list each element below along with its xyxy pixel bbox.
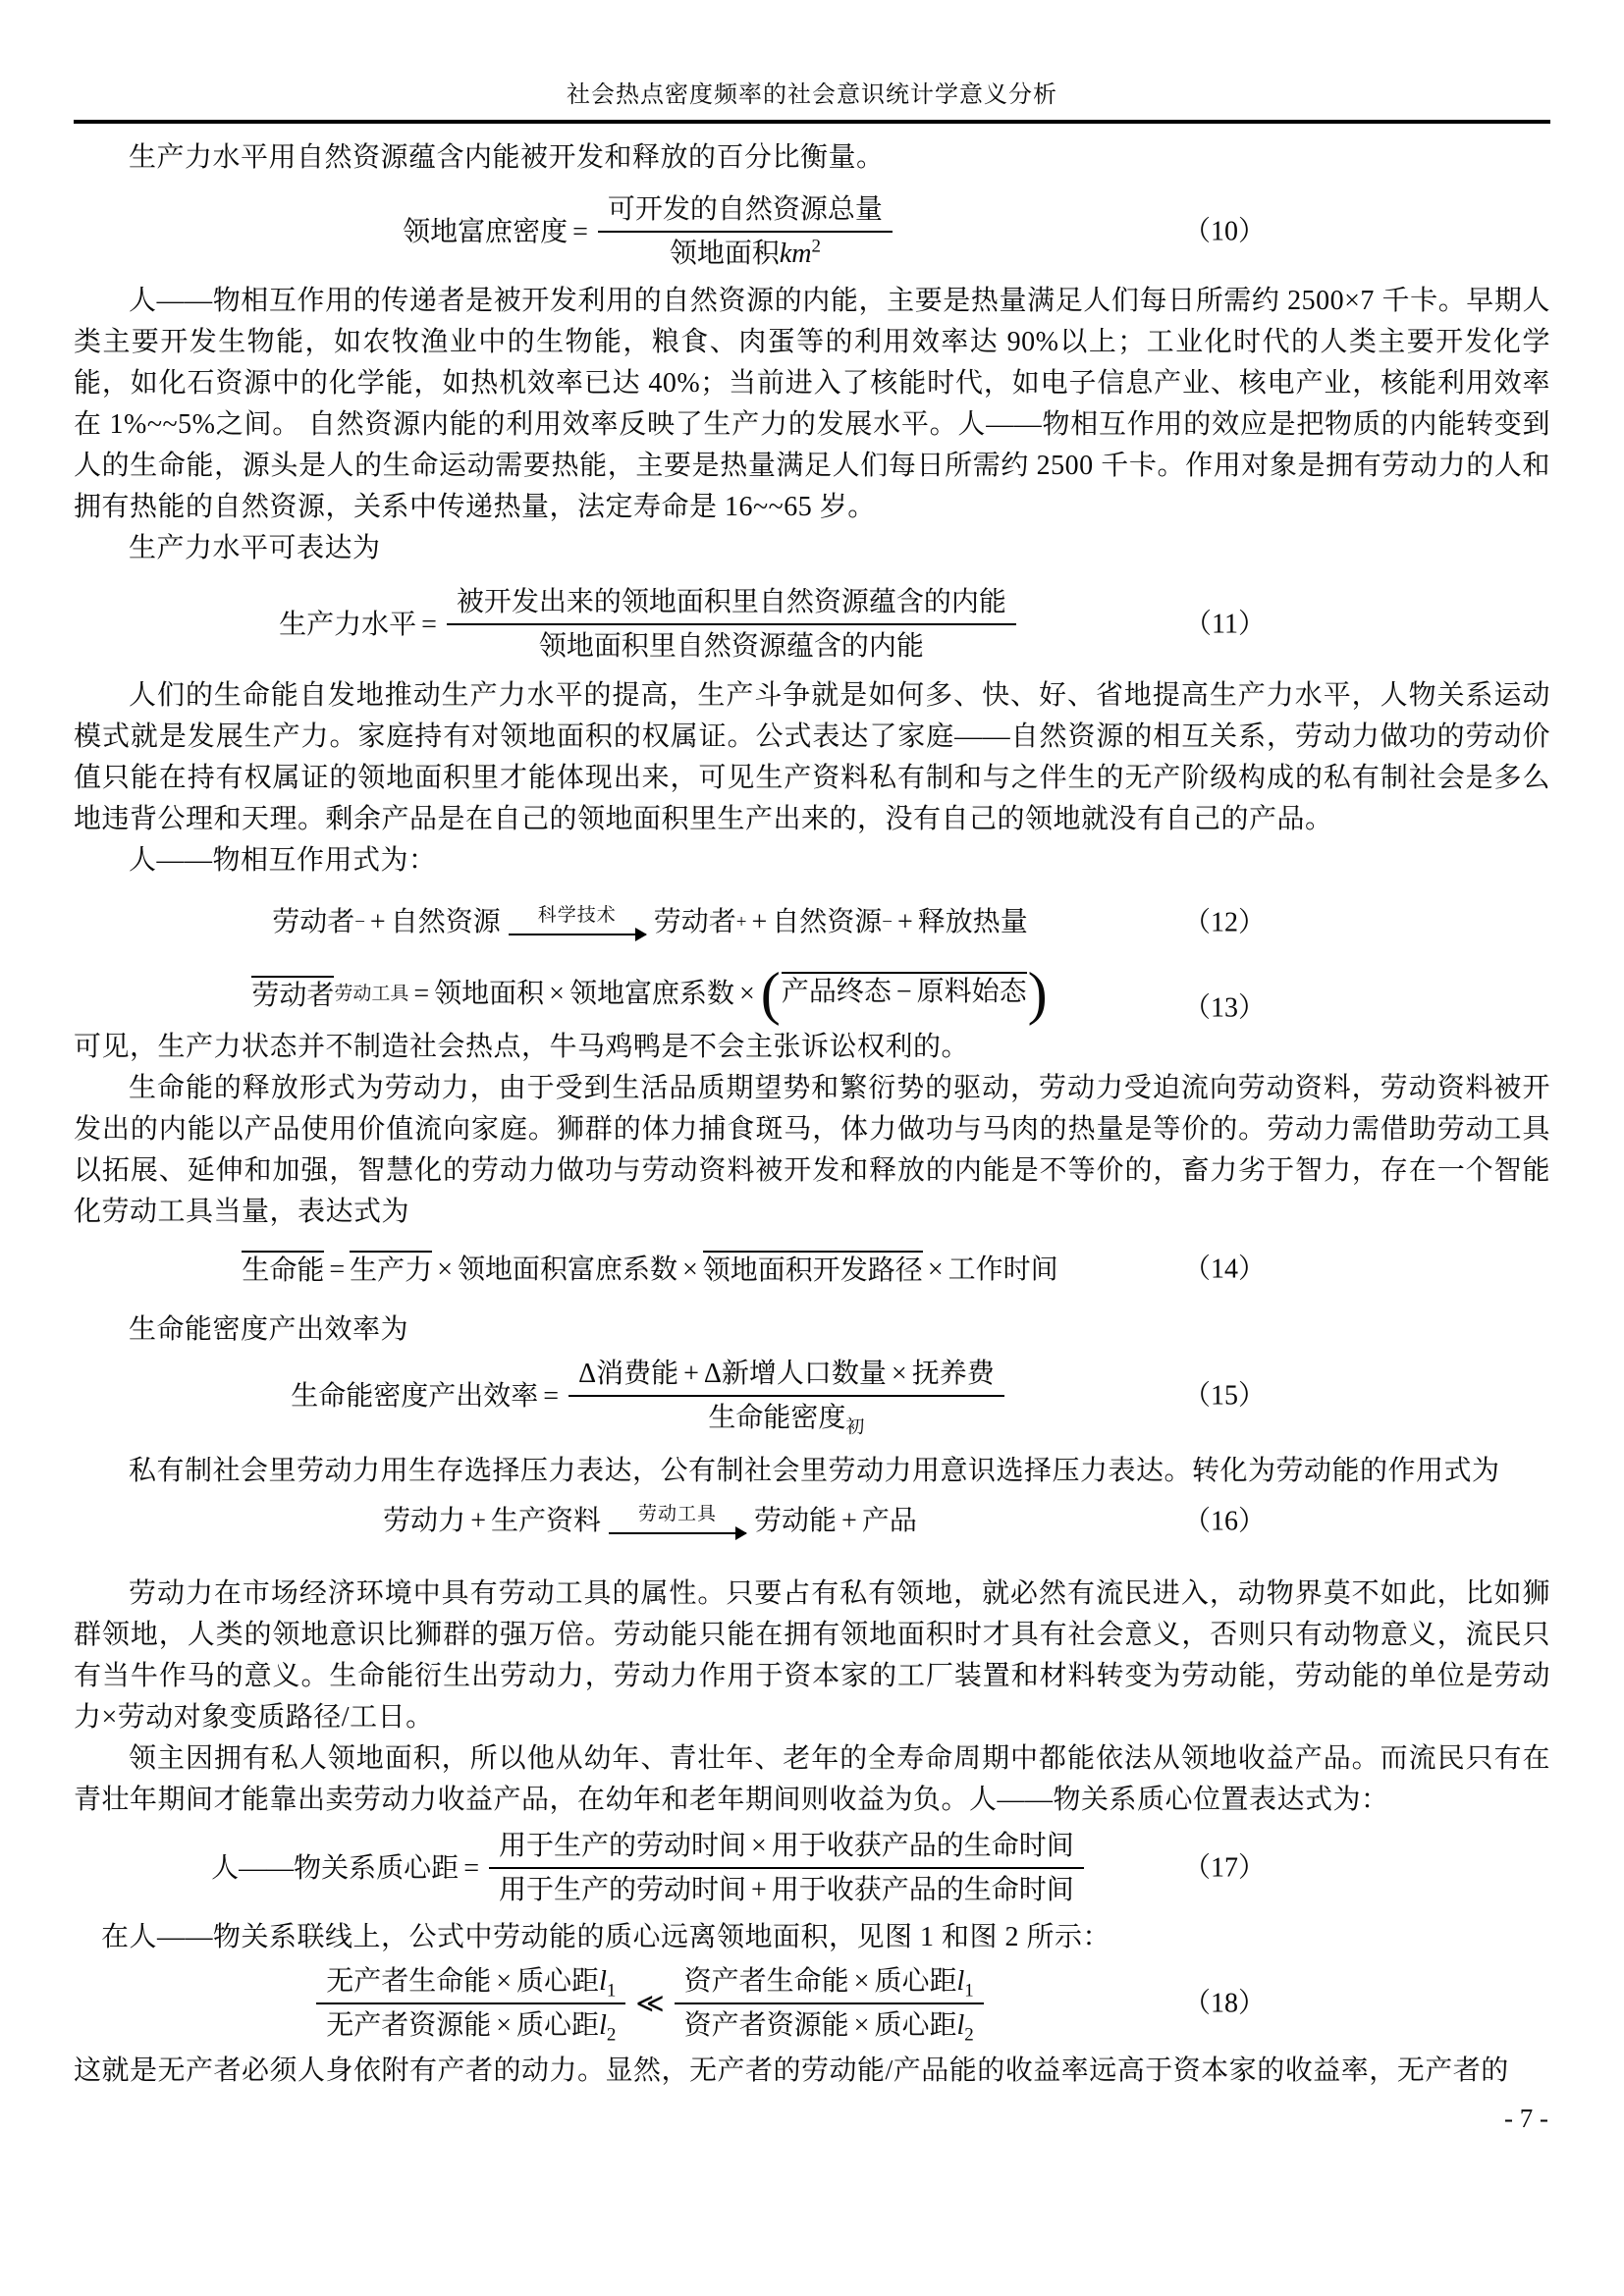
formula-text: 用于生产的劳动时间 — [499, 1875, 746, 1905]
para-interaction-lead: 人——物相互作用式为： — [74, 840, 1550, 881]
formula-operator: + — [678, 1359, 704, 1389]
formula-number: （10） — [1183, 215, 1266, 249]
formula-text: 用于收获产品的生命时间 — [772, 1831, 1074, 1861]
formula-text: 无产者生命能 — [326, 1966, 491, 1997]
open-paren: ( — [760, 961, 782, 1027]
formula-text: 原料始态 — [917, 977, 1027, 1007]
formula-number: （12） — [1183, 905, 1266, 939]
formula-text: 释放热量 — [918, 905, 1028, 939]
overline-term: 生命能 — [242, 1251, 324, 1288]
formula-operator: × — [491, 1966, 516, 1997]
formula-number: （18） — [1183, 1987, 1266, 2021]
para-interaction-carrier: 人——物相互作用的传递者是被开发利用的自然资源的内能，主要是热量满足人们每日所需… — [74, 281, 1550, 528]
formula-number: （16） — [1183, 1504, 1266, 1538]
formula-text: 生命能 — [242, 1255, 324, 1286]
fraction: 被开发出来的领地面积里自然资源蕴含的内能领地面积里自然资源蕴含的内能 — [447, 585, 1016, 664]
formula-text: 无产者资源能 — [326, 2010, 491, 2041]
fraction-denominator: 资产者资源能×质心距l2 — [675, 2004, 984, 2043]
formula-16: 劳动力+生产资料劳动工具劳动能+产品（16） — [74, 1504, 1550, 1538]
fraction: Δ消费能+Δ新增人口数量×抚养费生命能密度初 — [568, 1357, 1004, 1435]
formula-operator: × — [544, 977, 569, 1011]
overline-term: 生产力 — [350, 1251, 432, 1288]
formula-text: 自然资源 — [391, 905, 501, 939]
formula-text: Δ消费能 — [578, 1359, 678, 1389]
para-lead-efficiency: 生命能密度产出效率为 — [74, 1309, 1550, 1351]
formula-variable: l — [599, 1966, 607, 1997]
header-rule — [74, 120, 1550, 124]
formula-text: 质心距 — [516, 2010, 599, 2041]
formula-14: 生命能=生产力×领地面积富庶系数×领地面积开发路径×工作时间（14） — [74, 1251, 1550, 1288]
formula-text: 领地面积 — [434, 977, 544, 1011]
para-dependence: 这就是无产者必须人身依附有产者的动力。显然，无产者的劳动能/产品能的收益率远高于… — [74, 2051, 1550, 2092]
formula-superscript: 2 — [811, 237, 821, 257]
formula-13: 劳动者劳动工具=领地面积×领地富庶系数×(产品终态−原料始态)（13） — [74, 969, 1550, 1019]
para-measure: 生产力水平用自然资源蕴含内能被开发和释放的百分比衡量。 — [74, 137, 1550, 179]
formula-text: 生命能密度 — [708, 1403, 845, 1433]
formula-subscript: 1 — [964, 1981, 974, 2002]
fraction-denominator: 无产者资源能×质心距l2 — [316, 2004, 625, 2043]
arrow-line — [509, 934, 646, 935]
formula-text: 领地面积 — [670, 239, 780, 269]
para-private-public: 私有制社会里劳动力用生存选择压力表达，公有制社会里劳动力用意识选择压力表达。转化… — [74, 1451, 1550, 1492]
para-labor-release: 生命能的释放形式为劳动力，由于受到生活品质期望势和繁衍势的驱动，劳动力受迫流向劳… — [74, 1068, 1550, 1233]
fraction: 资产者生命能×质心距l1资产者资源能×质心距l2 — [675, 1964, 984, 2043]
arrow-line — [609, 1532, 746, 1534]
formula-operator: + — [746, 905, 772, 939]
formula-text: 用于收获产品的生命时间 — [772, 1875, 1074, 1905]
formula-variable: km — [780, 239, 812, 269]
formula-operator: = — [324, 1253, 350, 1287]
overline-term: 领地面积开发路径 — [703, 1251, 923, 1288]
formula-text: 领地面积富庶系数 — [458, 1253, 677, 1287]
formula-text: 生产力 — [350, 1255, 432, 1286]
fraction-numerator: 用于生产的劳动时间×用于收获产品的生命时间 — [489, 1829, 1084, 1869]
formula-text: 产品终态 — [782, 977, 892, 1007]
document-page: 社会热点密度频率的社会意识统计学意义分析 生产力水平用自然资源蕴含内能被开发和释… — [0, 0, 1624, 2296]
fraction-numerator: 可开发的自然资源总量 — [598, 192, 893, 233]
fraction-denominator: 用于生产的劳动时间+用于收获产品的生命时间 — [489, 1869, 1084, 1907]
formula-body: 劳动力+生产资料劳动工具劳动能+产品 — [383, 1504, 917, 1538]
fraction-denominator: 领地面积里自然资源蕴含的内能 — [447, 625, 1016, 664]
formula-body: 人——物关系质心距=用于生产的劳动时间×用于收获产品的生命时间用于生产的劳动时间… — [211, 1829, 1089, 1907]
formula-text: 领地面积开发路径 — [703, 1255, 923, 1286]
formula-11: 生产力水平=被开发出来的领地面积里自然资源蕴含的内能领地面积里自然资源蕴含的内能… — [74, 585, 1550, 664]
formula-operator: × — [849, 1966, 875, 1997]
formula-text: 质心距 — [516, 1966, 599, 1997]
formula-subscript: 2 — [607, 2025, 617, 2046]
document-body: 生产力水平用自然资源蕴含内能被开发和释放的百分比衡量。领地富庶密度=可开发的自然… — [74, 137, 1550, 2092]
fraction-numerator: 资产者生命能×质心距l1 — [675, 1964, 984, 2004]
formula-text: 质心距 — [874, 1966, 956, 1997]
parenthesized-term: (产品终态−原料始态) — [760, 969, 1049, 1019]
formula-operator: × — [677, 1253, 703, 1287]
formula-operator: ≪ — [630, 1987, 669, 2021]
formula-operator: + — [746, 1875, 772, 1905]
formula-text: 领地面积里自然资源蕴含的内能 — [539, 631, 924, 662]
formula-number: （15） — [1183, 1379, 1266, 1414]
formula-text: 劳动者 — [251, 981, 334, 1011]
fraction-numerator: 无产者生命能×质心距l1 — [316, 1964, 625, 2004]
para-labor-market: 劳动力在市场经济环境中具有劳动工具的属性。只要占有私有领地，就必然有流民进入，动… — [74, 1574, 1550, 1738]
formula-operator: = — [459, 1851, 484, 1886]
formula-operator: × — [432, 1253, 458, 1287]
formula-operator: = — [408, 977, 434, 1011]
formula-text: 自然资源 — [772, 905, 882, 939]
formula-operator: × — [923, 1253, 948, 1287]
formula-18: 无产者生命能×质心距l1无产者资源能×质心距l2≪资产者生命能×质心距l1资产者… — [74, 1964, 1550, 2043]
formula-operator: = — [416, 608, 442, 642]
formula-text: 资产者资源能 — [684, 2010, 849, 2041]
formula-text: 劳动能 — [754, 1504, 837, 1538]
formula-body: 生命能密度产出效率=Δ消费能+Δ新增人口数量×抚养费生命能密度初 — [291, 1357, 1008, 1435]
para-conclusion-hotspot: 可见，生产力状态并不制造社会热点，牛马鸡鸭是不会主张诉讼权利的。 — [74, 1027, 1550, 1068]
para-lord-territory: 领主因拥有私人领地面积，所以他从幼年、青壮年、老年的全寿命周期中都能依法从领地收… — [74, 1738, 1550, 1821]
fraction-denominator: 领地面积km2 — [598, 233, 893, 271]
formula-text: 人——物关系质心距 — [211, 1851, 459, 1886]
formula-text: 领地富庶密度 — [403, 215, 568, 249]
formula-operator: − — [892, 977, 917, 1007]
formula-text: 质心距 — [874, 2010, 956, 2041]
formula-text: 可开发的自然资源总量 — [608, 194, 883, 225]
page-title: 社会热点密度频率的社会意识统计学意义分析 — [74, 80, 1550, 110]
formula-subscript: 2 — [964, 2025, 974, 2046]
formula-operator: × — [746, 1831, 772, 1861]
reaction-arrow: 科学技术 — [509, 905, 646, 939]
formula-operator: × — [734, 977, 760, 1011]
formula-variable: l — [599, 2010, 607, 2041]
close-paren: ) — [1027, 961, 1049, 1027]
fraction-denominator: 生命能密度初 — [568, 1397, 1004, 1435]
formula-text: 生产资料 — [491, 1504, 601, 1538]
formula-operator: + — [837, 1504, 862, 1538]
para-life-energy-drive: 人们的生命能自发地推动生产力水平的提高，生产斗争就是如何多、快、好、省地提高生产… — [74, 675, 1550, 840]
formula-text: 劳动者 — [272, 905, 354, 939]
formula-number: （13） — [1183, 990, 1266, 1025]
page-number: - 7 - — [74, 2104, 1550, 2134]
overline-term: 劳动者 — [251, 976, 334, 1013]
formula-operator: + — [893, 905, 918, 939]
formula-text: 劳动者 — [654, 905, 736, 939]
fraction: 用于生产的劳动时间×用于收获产品的生命时间用于生产的劳动时间+用于收获产品的生命… — [489, 1829, 1084, 1907]
formula-operator: × — [491, 2010, 516, 2041]
formula-text: 生产力水平 — [279, 608, 416, 642]
para-centroid-line: 在人——物关系联线上，公式中劳动能的质心远离领地面积，见图 1 和图 2 所示： — [74, 1917, 1550, 1958]
formula-text: 被开发出来的领地面积里自然资源蕴含的内能 — [457, 587, 1006, 617]
formula-subscript: 初 — [845, 1417, 864, 1438]
formula-text: 领地富庶系数 — [569, 977, 734, 1011]
arrow-label: 科学技术 — [538, 905, 617, 928]
formula-15: 生命能密度产出效率=Δ消费能+Δ新增人口数量×抚养费生命能密度初（15） — [74, 1357, 1550, 1435]
formula-text: 用于生产的劳动时间 — [499, 1831, 746, 1861]
formula-operator: = — [568, 215, 593, 249]
overline-term: 产品终态−原料始态 — [782, 972, 1027, 1009]
formula-body: 生命能=生产力×领地面积富庶系数×领地面积开发路径×工作时间 — [242, 1251, 1057, 1288]
fraction: 无产者生命能×质心距l1无产者资源能×质心距l2 — [316, 1964, 625, 2043]
formula-text: 生命能密度产出效率 — [291, 1379, 538, 1414]
formula-number: （11） — [1184, 608, 1266, 642]
arrow-label: 劳动工具 — [638, 1504, 717, 1526]
formula-text: 工作时间 — [948, 1253, 1058, 1287]
formula-number: （14） — [1183, 1253, 1266, 1287]
formula-subscript: 1 — [607, 1981, 617, 2002]
formula-operator: + — [465, 1504, 491, 1538]
formula-10: 领地富庶密度=可开发的自然资源总量领地面积km2（10） — [74, 192, 1550, 271]
formula-number: （17） — [1183, 1851, 1266, 1886]
formula-text: 资产者生命能 — [684, 1966, 849, 1997]
formula-body: 生产力水平=被开发出来的领地面积里自然资源蕴含的内能领地面积里自然资源蕴含的内能 — [279, 585, 1021, 664]
formula-operator: × — [887, 1359, 912, 1389]
formula-body: 领地富庶密度=可开发的自然资源总量领地面积km2 — [403, 192, 897, 271]
formula-text: 抚养费 — [912, 1359, 995, 1389]
formula-17: 人——物关系质心距=用于生产的劳动时间×用于收获产品的生命时间用于生产的劳动时间… — [74, 1829, 1550, 1907]
formula-body: 劳动者−+自然资源科学技术劳动者++自然资源−+释放热量 — [272, 905, 1028, 939]
fraction-numerator: 被开发出来的领地面积里自然资源蕴含的内能 — [447, 585, 1016, 625]
fraction-numerator: Δ消费能+Δ新增人口数量×抚养费 — [568, 1357, 1004, 1397]
formula-operator: × — [849, 2010, 875, 2041]
formula-body: 无产者生命能×质心距l1无产者资源能×质心距l2≪资产者生命能×质心距l1资产者… — [311, 1964, 989, 2043]
reaction-arrow: 劳动工具 — [609, 1504, 746, 1538]
formula-text: 产品 — [862, 1504, 917, 1538]
formula-12: 劳动者−+自然资源科学技术劳动者++自然资源−+释放热量（12） — [74, 905, 1550, 939]
formula-operator: + — [365, 905, 391, 939]
formula-text: 劳动力 — [383, 1504, 465, 1538]
formula-text: Δ新增人口数量 — [704, 1359, 887, 1389]
formula-operator: = — [538, 1379, 564, 1414]
formula-body: 劳动者劳动工具=领地面积×领地富庶系数×(产品终态−原料始态) — [251, 969, 1048, 1019]
fraction: 可开发的自然资源总量领地面积km2 — [598, 192, 893, 271]
para-lead-productivity: 生产力水平可表达为 — [74, 528, 1550, 569]
